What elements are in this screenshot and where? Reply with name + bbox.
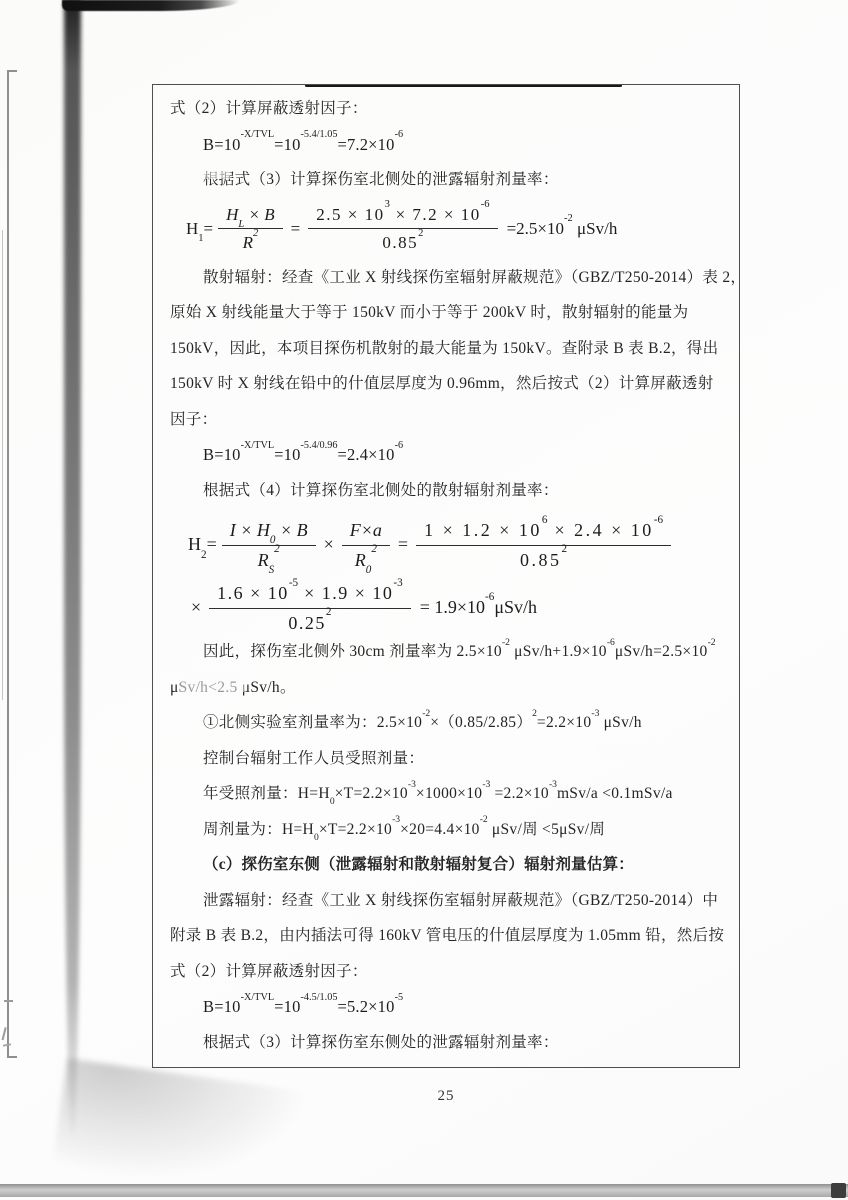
doc-paragraph-east-leak-line: 式（2）计算屏蔽透射因子： [170,954,727,990]
fraction-numerator: 1 × 1.2 × 106 × 2.4 × 10-6 [416,519,671,546]
fraction-denominator: R2 [243,229,259,253]
doc-paragraph-scatter-line: 原始 X 射线能量大于等于 150kV 而小于等于 200kV 时，散射辐射的能… [170,295,727,331]
doc-paragraph-conclusion-line: μSv/h<2.5 μSv/h。 [170,670,727,706]
fraction-denominator: R02 [355,546,377,572]
page-number: 25 [152,1088,740,1105]
doc-paragraph-scatter-line: 150kV，因此，本项目探伤机散射的最大能量为 150kV。查附录 B 表 B.… [170,331,727,367]
doc-line-console-dose-intro: 控制台辐射工作人员受照剂量： [203,741,727,777]
margin-bracket-inner-line [2,230,3,700]
h1-result: =2.5×10-2 μSv/h [507,211,618,247]
doc-line-eq3-north-leakage: 根据式（3）计算探伤室北侧处的泄露辐射剂量率： [203,162,727,198]
fraction-denominator: 0.252 [288,609,331,635]
doc-line-north-lab-dose: ①北侧实验室剂量率为：2.5×10-2×（0.85/2.85）2=2.2×10-… [203,705,727,741]
doc-line-annual-dose: 年受照剂量：H=H0×T=2.2×10-3×1000×10-3 =2.2×10-… [203,776,727,812]
doc-paragraph-east-leak-line: 泄露辐射：经查《工业 X 射线探伤室辐射屏蔽规范》（GBZ/T250-2014）… [203,883,727,919]
margin-bracket-mark [7,70,18,1058]
margin-pencil-mark [4,1000,13,1002]
scanner-bottom-strip [0,1184,848,1197]
multiply-sign: × [324,527,334,563]
equals-sign: = [398,527,408,563]
h2-symbolic-fraction-2: F×a R02 [342,519,390,571]
h1-lhs: H1= [186,211,213,247]
h2-symbolic-fraction-1: I × H0 × B RS2 [222,519,316,571]
doc-paragraph-scatter-line: 散射辐射：经查《工业 X 射线探伤室辐射屏蔽规范》（GBZ/T250-2014）… [203,260,727,296]
fraction-numerator: HL × B [218,204,283,229]
display-formula-h1: H1= HL × B R2 = 2.5 × 103 × 7.2 × 10-6 0… [186,198,727,260]
h2-lhs: H2= [188,527,217,563]
fraction-denominator: 0.852 [382,229,423,253]
document-text-frame: 式（2）计算屏蔽透射因子： B=10-X/TVL=10-5.4/1.05=7.2… [152,84,740,1068]
fraction-denominator: 0.852 [520,546,567,572]
doc-paragraph-scatter-line: 因子： [170,402,727,438]
display-formula-h2: H2= I × H0 × B RS2 × F×a R02 = 1 × 1.2 ×… [188,508,727,582]
fraction-denominator: RS2 [258,546,280,572]
scanner-strip-end-block [831,1183,846,1198]
doc-paragraph-east-leak-line: 附录 B 表 B.2，由内插法可得 160kV 管电压的什值层厚度为 1.05m… [170,918,727,954]
doc-line-eq3-east-leakage: 根据式（3）计算探伤室东侧处的泄露辐射剂量率： [203,1025,727,1061]
h2-numeric-fraction: 1 × 1.2 × 106 × 2.4 × 10-6 0.852 [416,519,671,571]
h2b-result: = 1.9×10-6μSv/h [420,590,537,626]
scanned-document-page: 式（2）计算屏蔽透射因子： B=10-X/TVL=10-5.4/1.05=7.2… [0,0,848,1200]
formula-b-north-leakage: B=10-X/TVL=10-5.4/1.05=7.2×10-6 [203,127,727,163]
doc-line-eq4-north-scatter: 根据式（4）计算探伤室北侧处的散射辐射剂量率： [203,473,727,509]
doc-heading-section-c: （c）探伤室东侧（泄露辐射和散射辐射复合）辐射剂量估算： [203,847,727,883]
doc-line-weekly-dose: 周剂量为：H=H0×T=2.2×10-3×20=4.4×10-2 μSv/周 <… [203,812,727,848]
display-formula-h2-continued: × 1.6 × 10-5 × 1.9 × 10-3 0.252 = 1.9×10… [188,582,727,634]
doc-paragraph-conclusion-line: 因此，探伤室北侧外 30cm 剂量率为 2.5×10-2 μSv/h+1.9×1… [203,634,727,670]
fraction-numerator: I × H0 × B [222,519,316,546]
formula-b-north-scatter: B=10-X/TVL=10-5.4/0.96=2.4×10-6 [203,437,727,473]
h1-symbolic-fraction: HL × B R2 [218,204,283,254]
h2b-numeric-fraction: 1.6 × 10-5 × 1.9 × 10-3 0.252 [209,582,411,634]
multiply-sign: × [191,590,201,626]
document-body: 式（2）计算屏蔽透射因子： B=10-X/TVL=10-5.4/1.05=7.2… [153,85,739,1060]
doc-line-shield-factor-intro: 式（2）计算屏蔽透射因子： [170,91,727,127]
doc-paragraph-scatter-line: 150kV 时 X 射线在铅中的什值层厚度为 0.96mm，然后按式（2）计算屏… [170,366,727,402]
page-corner-curve [62,0,240,11]
fraction-numerator: 1.6 × 10-5 × 1.9 × 10-3 [209,582,411,609]
page-edge-shadow [64,0,81,1155]
equals-sign: = [291,211,301,247]
page-bottom-curl-shadow [51,1058,315,1200]
fraction-numerator: 2.5 × 103 × 7.2 × 10-6 [308,204,497,229]
h1-numeric-fraction: 2.5 × 103 × 7.2 × 10-6 0.852 [308,204,497,254]
formula-b-east-leakage: B=10-X/TVL=10-4.5/1.05=5.2×10-5 [203,989,727,1025]
fraction-numerator: F×a [342,519,390,546]
